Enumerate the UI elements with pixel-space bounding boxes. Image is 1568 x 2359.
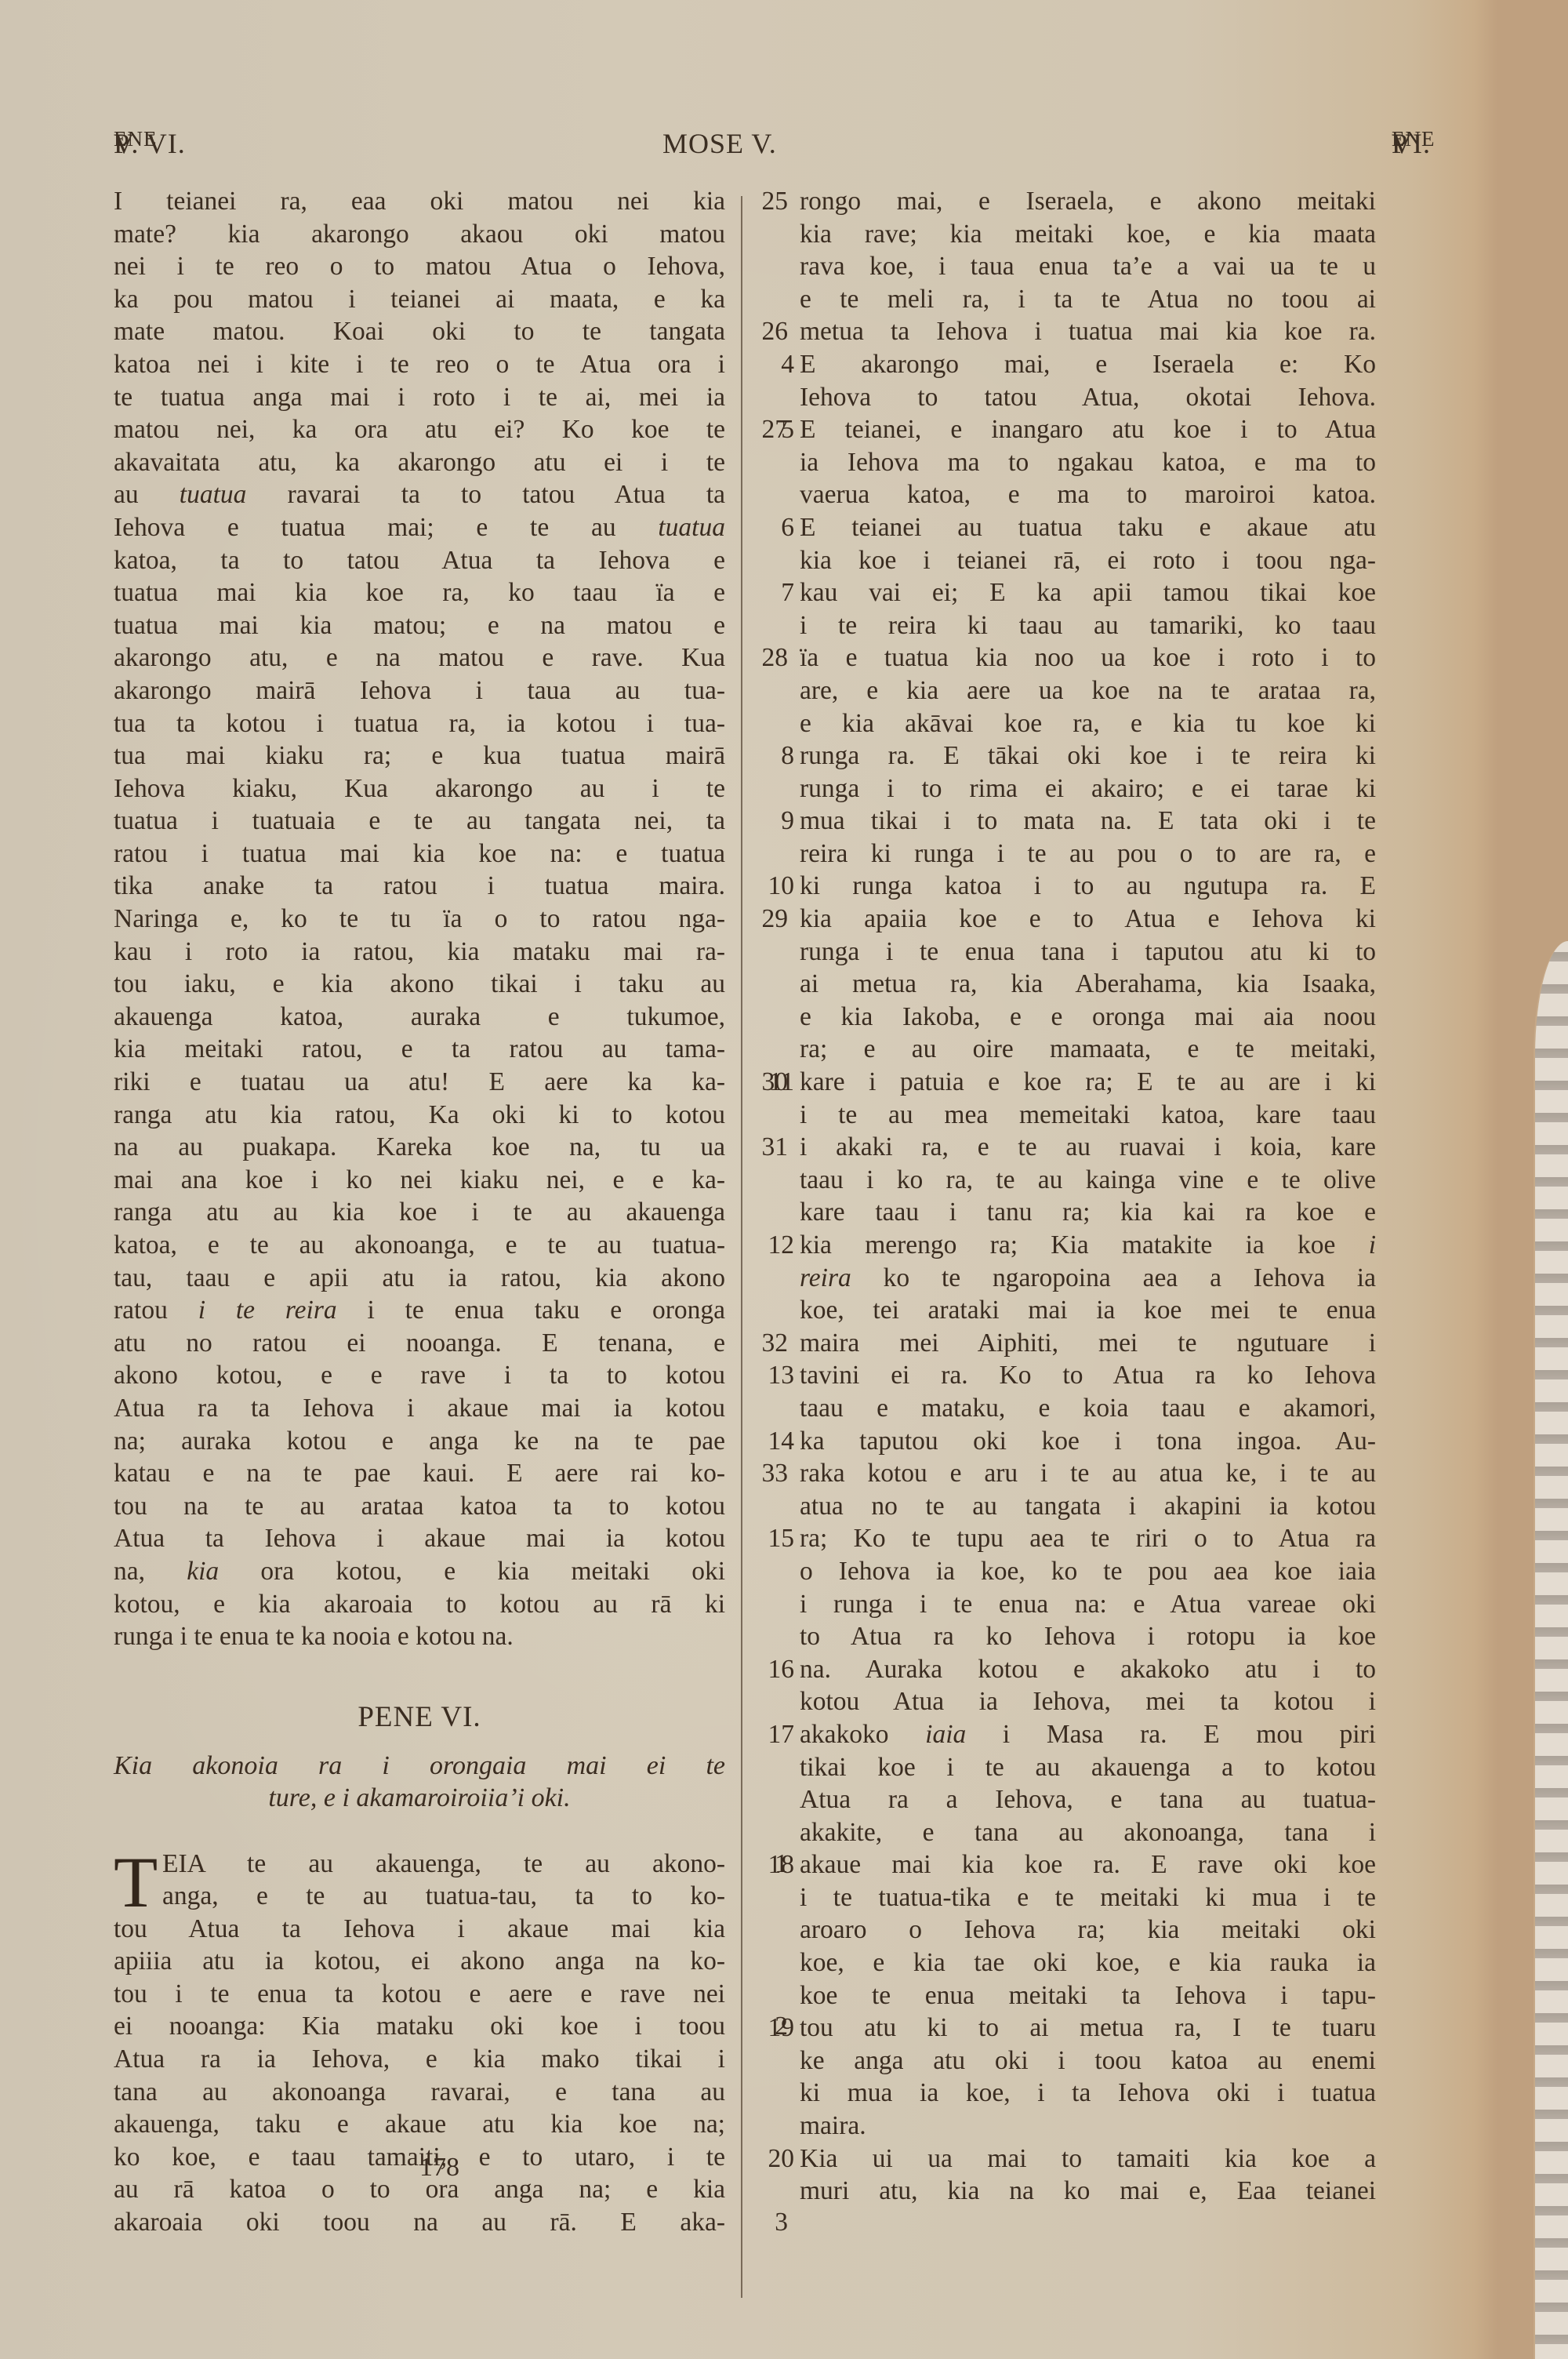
- line-text: Atua ra ia Iehova, e kia mako tikai i: [114, 2043, 725, 2076]
- text-line: kia merengo ra; Kia matakite ia koe i12: [757, 1229, 1376, 1262]
- text-line: Kia ui ua mai to tamaiti kia koe a20: [757, 2143, 1376, 2175]
- line-text: kare taau i tanu ra; kia kai ra koe e: [800, 1196, 1376, 1229]
- text-line: akaroaia oki toou na au rā. E aka-3: [114, 2206, 733, 2239]
- text-line: akauenga, taku e akaue atu kia koe na;: [114, 2108, 733, 2141]
- line-text: tana au akonoanga ravarai, e tana au: [114, 2076, 725, 2109]
- line-text: maira.: [800, 2110, 1376, 2143]
- text-line: ei nooanga: Kia mataku oki koe i toou2: [114, 2010, 733, 2043]
- text-line: au tuatua ravarai ta to tatou Atua ta: [114, 478, 733, 511]
- text-line: katoa, ta to tatou Atua ta Iehova e: [114, 544, 733, 577]
- line-text: ranga atu kia ratou, Ka oki ki to kotou: [114, 1099, 725, 1132]
- text-line: mua tikai i to mata na. E tata oki i te9: [757, 805, 1376, 838]
- line-text: koe te enua meitaki ta Iehova i tapu-: [800, 1979, 1376, 2012]
- text-line: Iehova to tatou Atua, okotai Iehova.: [757, 381, 1376, 414]
- text-line: i te au mea memeitaki katoa, kare taau: [757, 1099, 1376, 1132]
- text-line: muri atu, kia na ko mai e, Eaa teianei: [757, 2175, 1376, 2208]
- text-line: maira mei Aiphiti, mei te ngutuare i: [757, 1327, 1376, 1360]
- text-line: ki mua ia koe, i ta Iehova oki i tuatua: [757, 2077, 1376, 2110]
- text-line: mate? kia akarongo akaou oki matou: [114, 218, 733, 251]
- line-text: na; auraka kotou e anga ke na te pae: [114, 1425, 725, 1458]
- text-line: ïa e tuatua kia noo ua koe i roto i to: [757, 642, 1376, 674]
- text-line: akarongo mairā Iehova i taua au tua-: [114, 674, 733, 707]
- text-line: tana au akonoanga ravarai, e tana au: [114, 2076, 733, 2109]
- line-text: vaerua katoa, e ma to maroiroi katoa.: [800, 478, 1376, 511]
- text-line: ra; e au oire mamaata, e te meitaki,: [757, 1033, 1376, 1066]
- text-line: katoa nei i kite i te reo o te Atua ora …: [114, 348, 733, 381]
- line-text: te tuatua anga mai i roto i te ai, mei i…: [114, 381, 725, 414]
- text-line: ka pou matou i teianei ai maata, e ka: [114, 283, 733, 316]
- text-line: tavini ei ra. Ko to Atua ra ko Iehova13: [757, 1359, 1376, 1392]
- text-line: katau e na te pae kaui. E aere rai ko-33: [114, 1457, 733, 1490]
- verse-number: 18: [757, 1848, 794, 1881]
- text-line: na; auraka kotou e anga ke na te pae: [114, 1425, 733, 1458]
- line-text: Iehova e tuatua mai; e te au tuatua: [114, 511, 725, 544]
- line-text: ke anga atu oki i toou katoa au enemi: [800, 2045, 1376, 2077]
- line-text: reira ki runga i te au pou o to are ra, …: [800, 838, 1376, 871]
- line-text: akarongo mairā Iehova i taua au tua-: [114, 674, 725, 707]
- line-text: katoa, e te au akonoanga, e te au tuatua…: [114, 1229, 725, 1262]
- text-line: kare taau i tanu ra; kia kai ra koe e: [757, 1196, 1376, 1229]
- text-line: reira ki runga i te au pou o to are ra, …: [757, 838, 1376, 871]
- italic-word: i te reira: [198, 1296, 337, 1325]
- text-line: runga i te enua te ka nooia e kotou na.: [114, 1620, 733, 1653]
- line-text: tikai koe i te au akauenga a to kotou: [800, 1751, 1376, 1784]
- verse-number: 20: [757, 2143, 794, 2175]
- column-divider: [741, 196, 742, 2298]
- line-text: atua no te au tangata i akapini ia kotou: [800, 1490, 1376, 1523]
- line-text: Kia ui ua mai to tamaiti kia koe a: [800, 2143, 1376, 2175]
- line-text: ei nooanga: Kia mataku oki koe i toou: [114, 2010, 725, 2043]
- line-text: au tuatua ravarai ta to tatou Atua ta: [114, 478, 725, 511]
- line-text: I teianei ra, eaa oki matou nei kia: [114, 185, 725, 218]
- adjacent-page-edge: [1534, 941, 1568, 2359]
- line-text: ia Iehova ma to ngakau katoa, e ma to: [800, 446, 1376, 479]
- text-line: tou iaku, e kia akono tikai i taku au: [114, 968, 733, 1001]
- line-text: kia rave; kia meitaki koe, e kia maata: [800, 218, 1376, 251]
- line-text: e kia akāvai koe ra, e kia tu koe ki: [800, 707, 1376, 740]
- text-line: kia meitaki ratou, e ta ratou au tama-: [114, 1033, 733, 1066]
- line-text: ka taputou oki koe i tona ingoa. Au-: [800, 1425, 1376, 1458]
- line-text: ka pou matou i teianei ai maata, e ka: [114, 283, 725, 316]
- verse-number: 7: [757, 576, 794, 609]
- verse-number: 6: [757, 511, 794, 544]
- line-text: Atua ta Iehova i akaue mai ia kotou: [114, 1522, 725, 1555]
- line-text: akaue mai kia koe ra. E rave oki koe: [800, 1848, 1376, 1881]
- text-line: E teianei au tuatua taku e akaue atu6: [757, 511, 1376, 544]
- line-text: na. Auraka kotou e akakoko atu i to: [800, 1653, 1376, 1686]
- chapter-summary-line-1: Kia akonoia ra i orongaia mai ei te: [114, 1750, 725, 1783]
- line-text: akakoko iaia i Masa ra. E mou piri: [800, 1718, 1376, 1751]
- line-text: na au puakapa. Kareka koe na, tu ua: [114, 1131, 725, 1164]
- text-line: e kia Iakoba, e e oronga mai aia noou: [757, 1001, 1376, 1034]
- text-line: runga i te enua tana i taputou atu ki to: [757, 936, 1376, 969]
- line-text: tua mai kiaku ra; e kua tuatua mairā: [114, 740, 725, 772]
- line-text: tua ta kotou i tuatua ra, ia kotou i tua…: [114, 707, 725, 740]
- line-text: taau e mataku, e koia taau e akamori,: [800, 1392, 1376, 1425]
- line-text: tou atu ki to ai metua ra, I te tuaru: [800, 2012, 1376, 2045]
- verse-number: 9: [757, 805, 794, 838]
- text-line: tou i te enua ta kotou e aere e rave nei: [114, 1978, 733, 2011]
- line-text: tuatua mai kia matou; e na matou e: [114, 609, 725, 642]
- text-line: runga i to rima ei akairo; e ei tarae ki: [757, 772, 1376, 805]
- line-text: i te tuatua-tika e te meitaki ki mua i t…: [800, 1881, 1376, 1914]
- line-text: katoa, ta to tatou Atua ta Iehova e: [114, 544, 725, 577]
- text-line: kia rave; kia meitaki koe, e kia maata: [757, 218, 1376, 251]
- text-line: tuatua mai kia koe ra, ko taau ïa e: [114, 576, 733, 609]
- text-line: anga, e te au tuatua-tau, ta to ko-: [114, 1880, 733, 1913]
- text-line: katoa, e te au akonoanga, e te au tuatua…: [114, 1229, 733, 1262]
- text-line: apiiia atu ia kotou, ei akono anga na ko…: [114, 1945, 733, 1978]
- text-line: ranga atu au kia koe i te au akauenga: [114, 1196, 733, 1229]
- line-text: tika anake ta ratou i tuatua maira.: [114, 870, 725, 903]
- italic-word: reira: [800, 1263, 851, 1292]
- line-text: Atua ra ta Iehova i akaue mai ia kotou: [114, 1392, 725, 1425]
- line-text: o Iehova ia koe, ko te pou aea koe iaia: [800, 1555, 1376, 1588]
- text-line: tou na te au arataa katoa ta to kotou: [114, 1490, 733, 1523]
- text-line: are, e kia aere ua koe na te arataa ra,: [757, 674, 1376, 707]
- line-text: matou nei, ka ora atu ei? Ko koe te: [114, 413, 725, 446]
- line-text: are, e kia aere ua koe na te arataa ra,: [800, 674, 1376, 707]
- line-text: EIA te au akauenga, te au akono-: [162, 1848, 725, 1881]
- line-text: ki runga katoa i to au ngutupa ra. E: [800, 870, 1376, 903]
- line-text: ratou i tuatua mai kia koe na: e tuatua: [114, 838, 725, 871]
- text-line: tuatua i tuatuaia e te au tangata nei, t…: [114, 805, 733, 838]
- verse-number: 11: [757, 1066, 794, 1099]
- chapter-summary-line-2: ture, e i akamaroiroiia’i oki.: [268, 1783, 570, 1812]
- verse-number: 19: [757, 2012, 794, 2045]
- line-text: katoa nei i kite i te reo o te Atua ora …: [114, 348, 725, 381]
- line-text: na, kia ora kotou, e kia meitaki oki: [114, 1555, 725, 1588]
- text-line: tua ta kotou i tuatua ra, ia kotou i tua…: [114, 707, 733, 740]
- text-line: e te meli ra, i ta te Atua no toou ai: [757, 283, 1376, 316]
- text-line: i runga i te enua na: e Atua vareae oki: [757, 1588, 1376, 1621]
- line-text: tavini ei ra. Ko to Atua ra ko Iehova: [800, 1359, 1376, 1392]
- line-text: kotou Atua ia Iehova, mei ta kotou i: [800, 1685, 1376, 1718]
- italic-word: i: [1369, 1230, 1376, 1259]
- line-text: ranga atu au kia koe i te au akauenga: [114, 1196, 725, 1229]
- text-line: kare i patuia e koe ra; E te au are i ki…: [757, 1066, 1376, 1099]
- text-line: kia koe i teianei rā, ei roto i toou nga…: [757, 544, 1376, 577]
- text-line: akakoko iaia i Masa ra. E mou piri17: [757, 1718, 1376, 1751]
- text-line: tou atu ki to ai metua ra, I te tuaru19: [757, 2012, 1376, 2045]
- line-text: tou i te enua ta kotou e aere e rave nei: [114, 1978, 725, 2011]
- line-text: E teianei, e inangaro atu koe i to Atua: [800, 413, 1376, 446]
- line-text: tuatua i tuatuaia e te au tangata nei, t…: [114, 805, 725, 838]
- spacer: [114, 1815, 733, 1848]
- text-line: Naringa e, ko te tu ïa o to ratou nga-29: [114, 903, 733, 936]
- line-text: i te reira ki taau au tamariki, ko taau: [800, 609, 1376, 642]
- text-line: i akaki ra, e te au ruavai i koia, kare: [757, 1131, 1376, 1164]
- verse-number: 12: [757, 1229, 794, 1262]
- text-line: koe, e kia tae oki koe, e kia rauka ia: [757, 1946, 1376, 1979]
- line-text: kia merengo ra; Kia matakite ia koe i: [800, 1229, 1376, 1262]
- line-text: riki e tuatau ua atu! E aere ka ka-: [114, 1066, 725, 1099]
- text-line: na, kia ora kotou, e kia meitaki oki: [114, 1555, 733, 1588]
- running-head-right-chapters: VI.: [1392, 127, 1431, 160]
- line-text: katau e na te pae kaui. E aere rai ko-: [114, 1457, 725, 1490]
- line-text: metua ta Iehova i tuatua mai kia koe ra.: [800, 315, 1376, 348]
- line-text: koe, e kia tae oki koe, e kia rauka ia: [800, 1946, 1376, 1979]
- text-line: EIA te au akauenga, te au akono-1T: [114, 1848, 733, 1881]
- text-line: atu no ratou ei nooanga. E tenana, e32: [114, 1327, 733, 1360]
- text-line: Atua ra ta Iehova i akaue mai ia kotou: [114, 1392, 733, 1425]
- text-line: Atua ta Iehova i akaue mai ia kotou: [114, 1522, 733, 1555]
- text-line: tou Atua ta Iehova i akaue mai kia: [114, 1913, 733, 1946]
- italic-word: kia: [187, 1557, 219, 1586]
- line-text: koe, tei arataki mai ia koe mei te enua: [800, 1294, 1376, 1327]
- text-line: aroaro o Iehova ra; kia meitaki oki: [757, 1914, 1376, 1946]
- text-line: I teianei ra, eaa oki matou nei kia25: [114, 185, 733, 218]
- line-text: kia meitaki ratou, e ta ratou au tama-: [114, 1033, 725, 1066]
- line-text: Iehova to tatou Atua, okotai Iehova.: [800, 381, 1376, 414]
- line-text: akavaitata atu, ka akarongo atu ei i te: [114, 446, 725, 479]
- text-line: kia apaiia koe e to Atua e Iehova ki: [757, 903, 1376, 936]
- line-text: i te au mea memeitaki katoa, kare taau: [800, 1099, 1376, 1132]
- line-text: atu no ratou ei nooanga. E tenana, e: [114, 1327, 725, 1360]
- line-text: mua tikai i to mata na. E tata oki i te: [800, 805, 1376, 838]
- line-text: e te meli ra, i ta te Atua no toou ai: [800, 283, 1376, 316]
- verse-number: 13: [757, 1359, 794, 1392]
- page-number: 178: [419, 2153, 459, 2183]
- line-text: kau i roto ia ratou, kia mataku mai ra-: [114, 936, 725, 969]
- text-line: mai ana koe i ko nei kiaku nei, e e ka-: [114, 1164, 733, 1197]
- line-text: tou iaku, e kia akono tikai i taku au: [114, 968, 725, 1001]
- text-line: riki e tuatau ua atu! E aere ka ka-30: [114, 1066, 733, 1099]
- right-column: rongo mai, e Iseraela, e akono meitakiki…: [757, 185, 1376, 2208]
- text-line: kotou, e kia akaroaia to kotou au rā ki: [114, 1588, 733, 1621]
- line-text: mate? kia akarongo akaou oki matou: [114, 218, 725, 251]
- text-line: matou nei, ka ora atu ei? Ko koe te27: [114, 413, 733, 446]
- line-text: akarongo atu, e na matou e rave. Kua: [114, 642, 725, 674]
- text-line: E teianei, e inangaro atu koe i to Atua5: [757, 413, 1376, 446]
- text-line: taau i ko ra, te au kainga vine e te oli…: [757, 1164, 1376, 1197]
- text-line: i te reira ki taau au tamariki, ko taau: [757, 609, 1376, 642]
- running-head: PENE V. VI. MOSE V. PENE VI.: [114, 127, 1392, 166]
- line-text: ra; Ko te tupu aea te riri o to Atua ra: [800, 1522, 1376, 1555]
- verse-number: 15: [757, 1522, 794, 1555]
- line-text: kia apaiia koe e to Atua e Iehova ki: [800, 903, 1376, 936]
- line-text: tou Atua ta Iehova i akaue mai kia: [114, 1913, 725, 1946]
- text-line: kau i roto ia ratou, kia mataku mai ra-: [114, 936, 733, 969]
- line-text: rava koe, i taua enua ta’e a vai ua te u: [800, 250, 1376, 283]
- text-line: akakite, e tana au akonoanga, tana i: [757, 1816, 1376, 1849]
- verse-number: 10: [757, 870, 794, 903]
- line-text: nei i te reo o to matou Atua o Iehova,: [114, 250, 725, 283]
- line-text: ratou i te reira i te enua taku e oronga: [114, 1294, 725, 1327]
- line-text: apiiia atu ia kotou, ei akono anga na ko…: [114, 1945, 725, 1978]
- text-line: atua no te au tangata i akapini ia kotou: [757, 1490, 1376, 1523]
- text-line: vaerua katoa, e ma to maroiroi katoa.: [757, 478, 1376, 511]
- line-text: taau i ko ra, te au kainga vine e te oli…: [800, 1164, 1376, 1197]
- line-text: kau vai ei; E ka apii tamou tikai koe: [800, 576, 1376, 609]
- text-line: E akarongo mai, e Iseraela e: Ko4: [757, 348, 1376, 381]
- text-line: ratou i tuatua mai kia koe na: e tuatua: [114, 838, 733, 871]
- line-text: runga i te enua tana i taputou atu ki to: [800, 936, 1376, 969]
- running-head-left-chapters: V. VI.: [114, 127, 186, 160]
- text-line: Iehova e tuatua mai; e te au tuatua: [114, 511, 733, 544]
- line-text: ai metua ra, kia Aberahama, kia Isaaka,: [800, 968, 1376, 1001]
- text-line: ra; Ko te tupu aea te riri o to Atua ra1…: [757, 1522, 1376, 1555]
- text-line: to Atua ra ko Iehova i rotopu ia koe: [757, 1620, 1376, 1653]
- left-column: I teianei ra, eaa oki matou nei kia25mat…: [114, 185, 733, 2239]
- text-line: koe te enua meitaki ta Iehova i tapu-: [757, 1979, 1376, 2012]
- text-line: Iehova kiaku, Kua akarongo au i te: [114, 772, 733, 805]
- text-line: raka kotou e aru i te au atua ke, i te a…: [757, 1457, 1376, 1490]
- text-line: rava koe, i taua enua ta’e a vai ua te u: [757, 250, 1376, 283]
- verse-number: 14: [757, 1425, 794, 1458]
- text-line: i te tuatua-tika e te meitaki ki mua i t…: [757, 1881, 1376, 1914]
- line-text: akono kotou, e e rave i ta to kotou: [114, 1359, 725, 1392]
- line-text: E akarongo mai, e Iseraela e: Ko: [800, 348, 1376, 381]
- text-line: koe, tei arataki mai ia koe mei te enua: [757, 1294, 1376, 1327]
- text-line: reira ko te ngaropoina aea a Iehova ia: [757, 1262, 1376, 1295]
- text-line: maira.: [757, 2110, 1376, 2143]
- text-line: kau vai ei; E ka apii tamou tikai koe7: [757, 576, 1376, 609]
- text-line: rongo mai, e Iseraela, e akono meitaki: [757, 185, 1376, 218]
- italic-word: tuatua: [180, 480, 247, 509]
- text-line: metua ta Iehova i tuatua mai kia koe ra.: [757, 315, 1376, 348]
- italic-word: tuatua: [658, 513, 725, 542]
- verse-number: 3: [725, 2206, 788, 2239]
- line-text: ïa e tuatua kia noo ua koe i roto i to: [800, 642, 1376, 674]
- verse-number: 4: [757, 348, 794, 381]
- line-text: kare i patuia e koe ra; E te au are i ki: [800, 1066, 1376, 1099]
- line-text: raka kotou e aru i te au atua ke, i te a…: [800, 1457, 1376, 1490]
- text-line: nei i te reo o to matou Atua o Iehova,: [114, 250, 733, 283]
- line-text: Iehova kiaku, Kua akarongo au i te: [114, 772, 725, 805]
- text-line: akauenga katoa, auraka e tukumoe,: [114, 1001, 733, 1034]
- line-text: E teianei au tuatua taku e akaue atu: [800, 511, 1376, 544]
- running-head-book-title: MOSE V.: [662, 127, 777, 160]
- line-text: anga, e te au tuatua-tau, ta to ko-: [162, 1880, 725, 1913]
- line-text: to Atua ra ko Iehova i rotopu ia koe: [800, 1620, 1376, 1653]
- text-line: Atua ra ia Iehova, e kia mako tikai i: [114, 2043, 733, 2076]
- text-line: tikai koe i te au akauenga a to kotou: [757, 1751, 1376, 1784]
- line-text: Atua ra a Iehova, e tana au tuatua-: [800, 1783, 1376, 1816]
- text-line: tuatua mai kia matou; e na matou e: [114, 609, 733, 642]
- line-text: mai ana koe i ko nei kiaku nei, e e ka-: [114, 1164, 725, 1197]
- text-line: akaue mai kia koe ra. E rave oki koe18: [757, 1848, 1376, 1881]
- line-text: e kia Iakoba, e e oronga mai aia noou: [800, 1001, 1376, 1034]
- line-text: kia koe i teianei rā, ei roto i toou nga…: [800, 544, 1376, 577]
- text-line: ranga atu kia ratou, Ka oki ki to kotou: [114, 1099, 733, 1132]
- line-text: ki mua ia koe, i ta Iehova oki i tuatua: [800, 2077, 1376, 2110]
- text-line: ke anga atu oki i toou katoa au enemi: [757, 2045, 1376, 2077]
- text-line: akavaitata atu, ka akarongo atu ei i te: [114, 446, 733, 479]
- line-text: aroaro o Iehova ra; kia meitaki oki: [800, 1914, 1376, 1946]
- text-line: akarongo atu, e na matou e rave. Kua28: [114, 642, 733, 674]
- italic-word: iaia: [925, 1720, 966, 1749]
- line-text: maira mei Aiphiti, mei te ngutuare i: [800, 1327, 1376, 1360]
- text-line: kotou Atua ia Iehova, mei ta kotou i: [757, 1685, 1376, 1718]
- text-line: Atua ra a Iehova, e tana au tuatua-: [757, 1783, 1376, 1816]
- line-text: ra; e au oire mamaata, e te meitaki,: [800, 1033, 1376, 1066]
- line-text: runga i to rima ei akairo; e ei tarae ki: [800, 772, 1376, 805]
- text-line: ia Iehova ma to ngakau katoa, e ma to: [757, 446, 1376, 479]
- chapter-summary: Kia akonoia ra i orongaia mai ei te ture…: [114, 1750, 725, 1815]
- verse-number: 5: [757, 413, 794, 446]
- chapter-heading: PENE VI.: [114, 1685, 725, 1750]
- line-text: runga i te enua te ka nooia e kotou na.: [114, 1620, 725, 1653]
- left-column-text: I teianei ra, eaa oki matou nei kia25mat…: [114, 185, 733, 1653]
- text-line: na au puakapa. Kareka koe na, tu ua31: [114, 1131, 733, 1164]
- line-text: runga ra. E tākai oki koe i te reira ki: [800, 740, 1376, 772]
- text-line: ratou i te reira i te enua taku e oronga: [114, 1294, 733, 1327]
- text-line: runga ra. E tākai oki koe i te reira ki8: [757, 740, 1376, 772]
- verse-number: 16: [757, 1653, 794, 1686]
- verse-number: 8: [757, 740, 794, 772]
- text-line: ki runga katoa i to au ngutupa ra. E10: [757, 870, 1376, 903]
- line-text: tuatua mai kia koe ra, ko taau ïa e: [114, 576, 725, 609]
- line-text: tou na te au arataa katoa ta to kotou: [114, 1490, 725, 1523]
- line-text: akauenga katoa, auraka e tukumoe,: [114, 1001, 725, 1034]
- line-text: akakite, e tana au akonoanga, tana i: [800, 1816, 1376, 1849]
- line-text: mate matou. Koai oki to te tangata: [114, 315, 725, 348]
- line-text: i runga i te enua na: e Atua vareae oki: [800, 1588, 1376, 1621]
- text-line: o Iehova ia koe, ko te pou aea koe iaia: [757, 1555, 1376, 1588]
- text-line: tika anake ta ratou i tuatua maira.: [114, 870, 733, 903]
- text-line: ka taputou oki koe i tona ingoa. Au-14: [757, 1425, 1376, 1458]
- line-text: rongo mai, e Iseraela, e akono meitaki: [800, 185, 1376, 218]
- text-line: taau e mataku, e koia taau e akamori,: [757, 1392, 1376, 1425]
- text-line: ai metua ra, kia Aberahama, kia Isaaka,: [757, 968, 1376, 1001]
- text-line: e kia akāvai koe ra, e kia tu koe ki: [757, 707, 1376, 740]
- line-text: Naringa e, ko te tu ïa o to ratou nga-: [114, 903, 725, 936]
- text-line: mate matou. Koai oki to te tangata26: [114, 315, 733, 348]
- line-text: akauenga, taku e akaue atu kia koe na;: [114, 2108, 725, 2141]
- verse-number: 17: [757, 1718, 794, 1751]
- line-text: tau, taau e apii atu ia ratou, kia akono: [114, 1262, 725, 1295]
- line-text: muri atu, kia na ko mai e, Eaa teianei: [800, 2175, 1376, 2208]
- line-text: kotou, e kia akaroaia to kotou au rā ki: [114, 1588, 725, 1621]
- text-line: akono kotou, e e rave i ta to kotou: [114, 1359, 733, 1392]
- text-line: tau, taau e apii atu ia ratou, kia akono: [114, 1262, 733, 1295]
- line-text: akaroaia oki toou na au rā. E aka-: [114, 2206, 725, 2239]
- text-line: te tuatua anga mai i roto i te ai, mei i…: [114, 381, 733, 414]
- line-text: i akaki ra, e te au ruavai i koia, kare: [800, 1131, 1376, 1164]
- right-column-text: rongo mai, e Iseraela, e akono meitakiki…: [757, 185, 1376, 2208]
- text-line: na. Auraka kotou e akakoko atu i to16: [757, 1653, 1376, 1686]
- line-text: reira ko te ngaropoina aea a Iehova ia: [800, 1262, 1376, 1295]
- text-line: tua mai kiaku ra; e kua tuatua mairā: [114, 740, 733, 772]
